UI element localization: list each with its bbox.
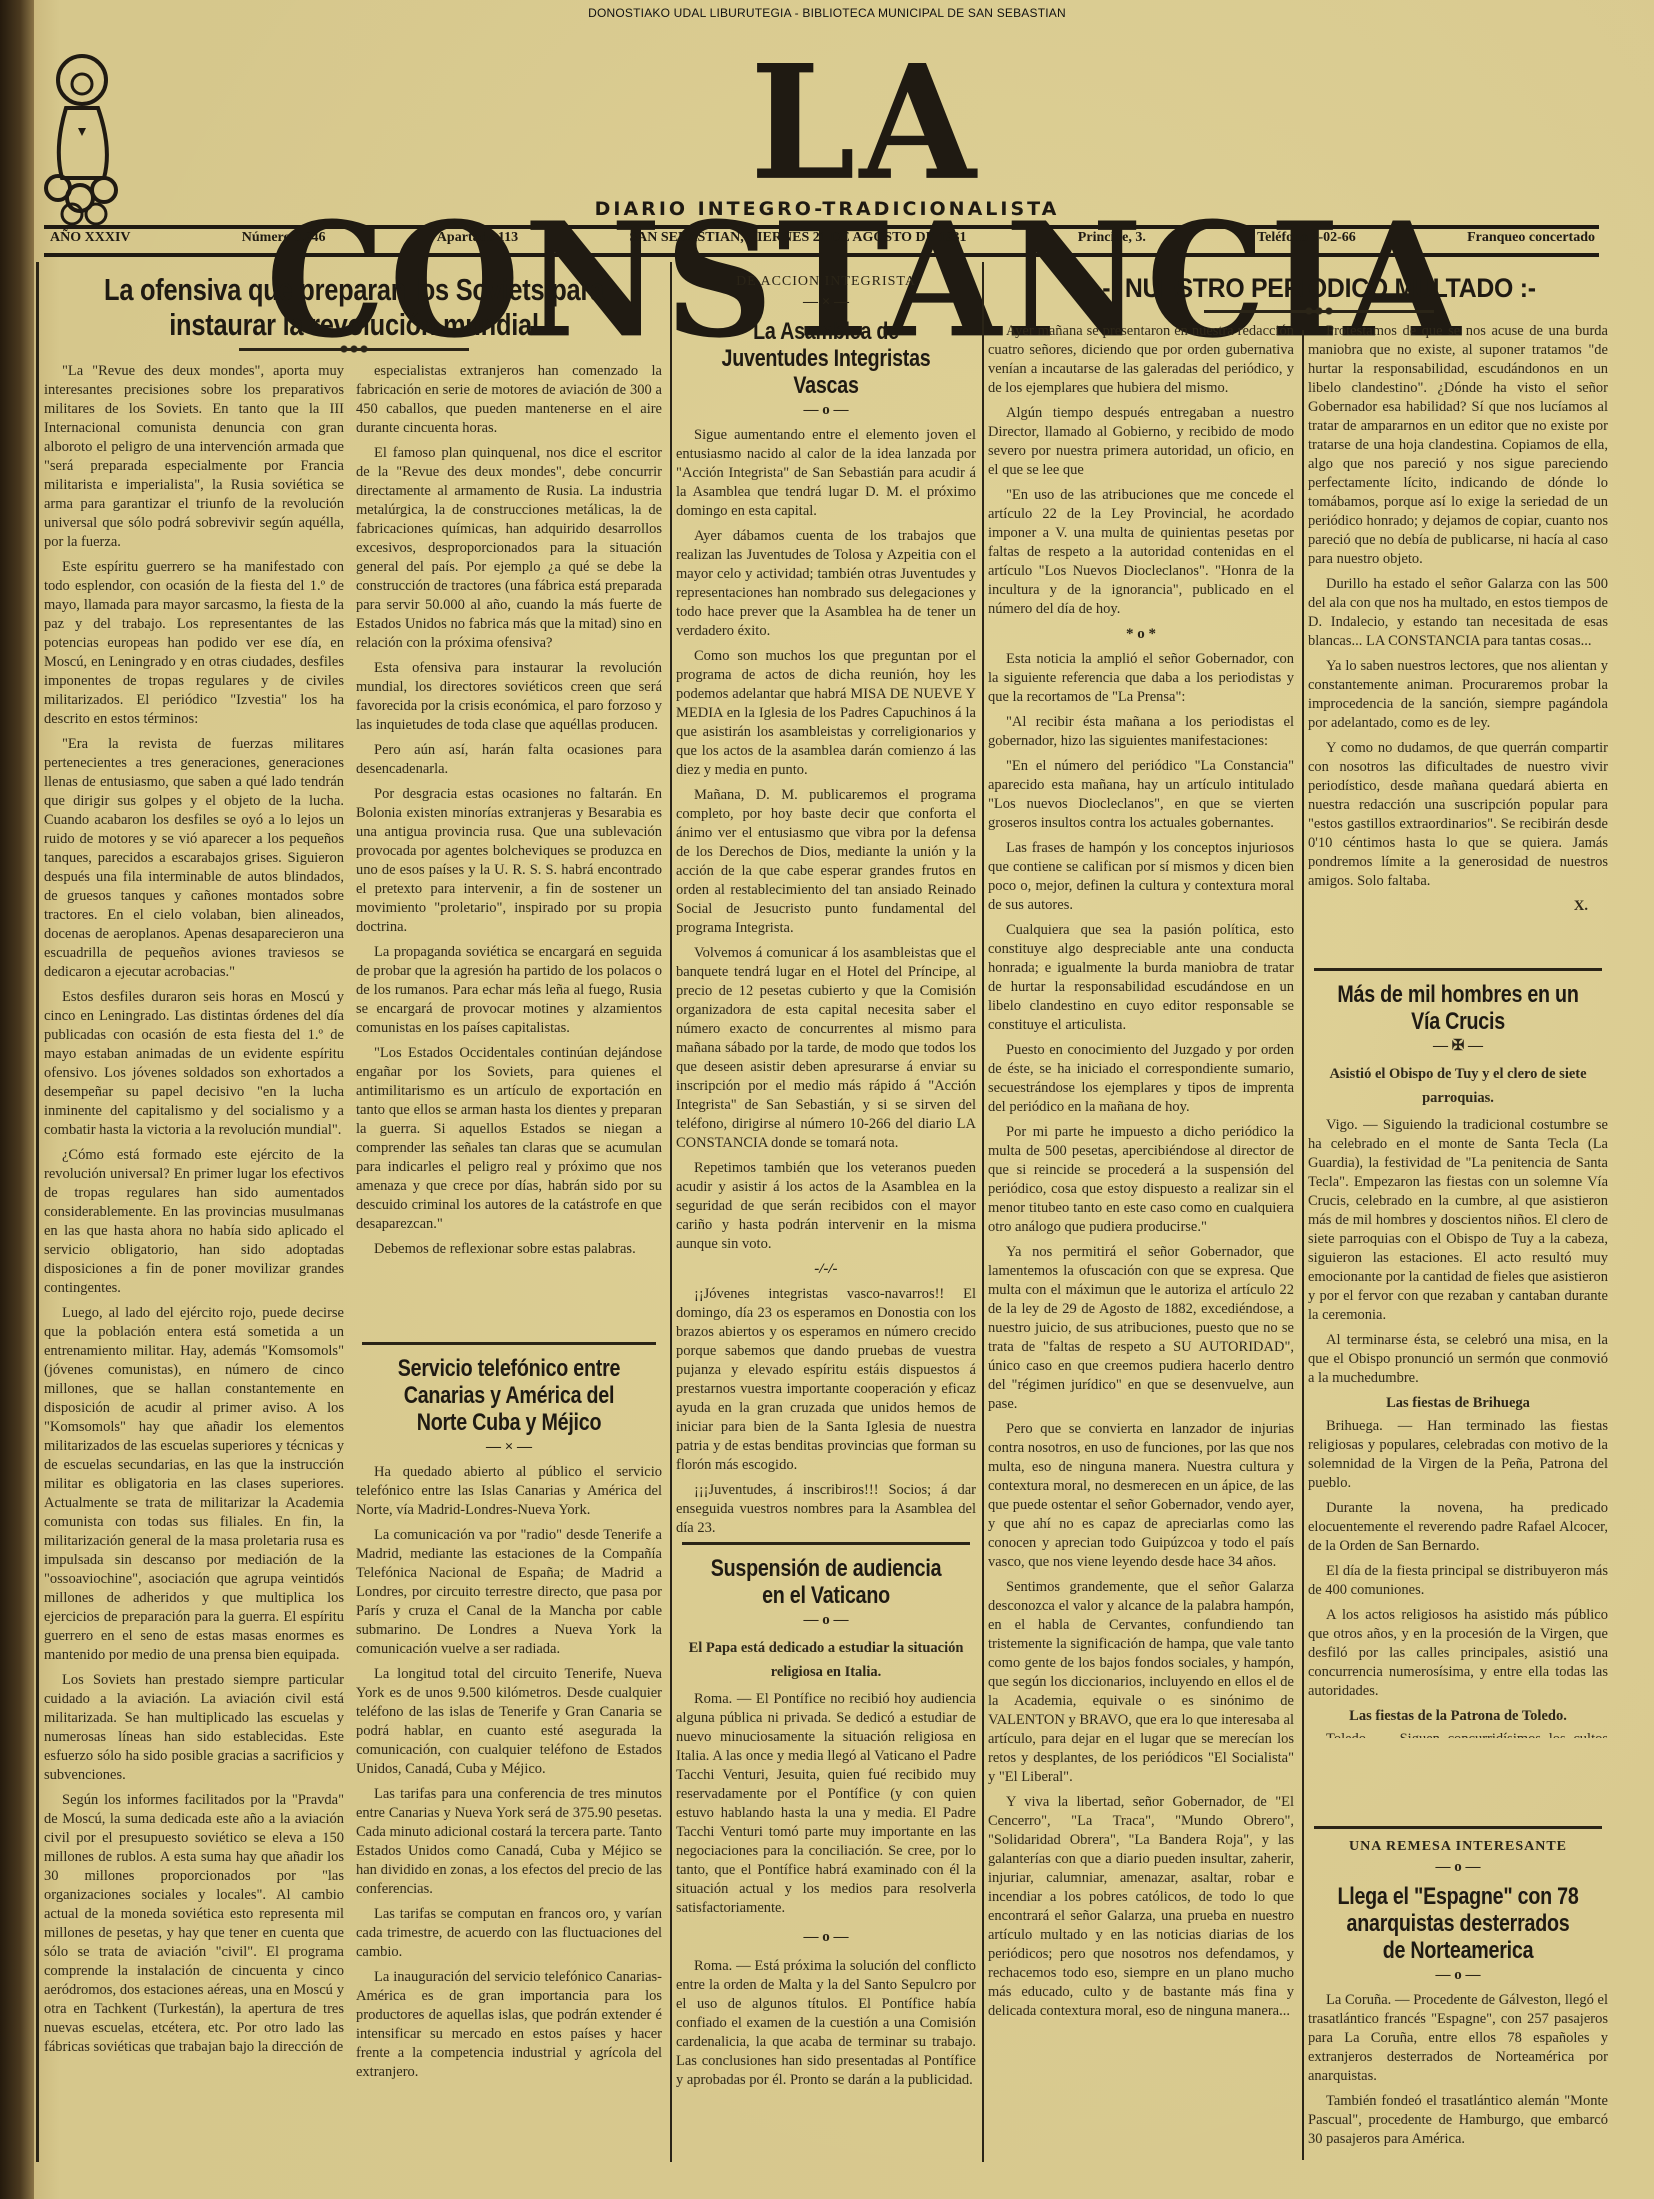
paragraph: "Al recibir ésta mañana a los periodista… bbox=[988, 713, 1294, 751]
newspaper-subtitle: DIARIO INTEGRO-TRADICIONALISTA bbox=[0, 198, 1654, 220]
column-rule bbox=[1302, 330, 1304, 2160]
paragraph: Al terminarse ésta, se celebró una misa,… bbox=[1308, 1331, 1608, 1388]
paragraph: "La "Revue des deux mondes", aporta muy … bbox=[44, 362, 344, 552]
paragraph: La longitud total del circuito Tenerife,… bbox=[356, 1665, 662, 1779]
masthead-info-bar: AÑO XXXIV Número 9.946 Apartado 113 SAN … bbox=[50, 230, 1595, 246]
section-divider bbox=[1314, 1826, 1602, 1829]
paragraph: Durante la novena, ha predicado elocuent… bbox=[1308, 1499, 1608, 1556]
paragraph: Según los informes facilitados por la "P… bbox=[44, 1791, 344, 2057]
paragraph: Pero aún así, harán falta ocasiones para… bbox=[356, 741, 662, 779]
postage: Franqueo concertado bbox=[1467, 230, 1595, 246]
article-vaticano: Suspensión de audiencia en el Vaticano —… bbox=[676, 1542, 976, 2162]
paragraph: El día de la fiesta principal se distrib… bbox=[1308, 1562, 1608, 1600]
paragraph: ¡¡Jóvenes integristas vasco-navarros!! E… bbox=[676, 1285, 976, 1475]
paragraph: Puesto en conocimiento del Juzgado y por… bbox=[988, 1041, 1294, 1117]
paragraph: Toledo. — Siguen concurridísimos los cul… bbox=[1308, 1730, 1608, 1738]
paragraph: Luego, al lado del ejército rojo, puede … bbox=[44, 1304, 344, 1665]
paragraph: Sigue aumentando entre el elemento joven… bbox=[676, 426, 976, 521]
article-telefono: Servicio telefónico entre Canarias y Amé… bbox=[356, 1342, 662, 2162]
headline-asamblea: La Asamblea de Juventudes Integristas Va… bbox=[703, 318, 949, 399]
paragraph: Las tarifas se computan en francos oro, … bbox=[356, 1905, 662, 1962]
kicker-remesa: UNA REMESA INTERESANTE bbox=[1308, 1837, 1608, 1856]
article-multado-col2: Protestamos de que se nos acuse de una b… bbox=[1308, 322, 1608, 962]
paragraph: "Los Estados Occidentales continúan dejá… bbox=[356, 1044, 662, 1234]
ornament-o: — o — bbox=[676, 1928, 976, 1947]
po-box: Apartado 113 bbox=[437, 230, 518, 246]
year-label: AÑO XXXIV bbox=[50, 230, 131, 246]
paragraph: Debemos de reflexionar sobre estas palab… bbox=[356, 1240, 662, 1259]
stars-ornament: * o * bbox=[988, 625, 1294, 644]
paragraph: La propaganda soviética se encargará en … bbox=[356, 943, 662, 1038]
kicker-accion-integrista: DE ACCION INTEGRISTA bbox=[676, 272, 976, 291]
ornament-o: — o — bbox=[676, 401, 976, 420]
binding-spine bbox=[0, 0, 34, 2199]
article-espagne: UNA REMESA INTERESANTE — o — Llega el "E… bbox=[1308, 1826, 1608, 2156]
ornament-cross: — ✠ — bbox=[1308, 1037, 1608, 1056]
ornament-flourish bbox=[239, 348, 469, 351]
headline-espagne: Llega el "Espagne" con 78 anarquistas de… bbox=[1335, 1883, 1581, 1964]
paragraph: ¿Cómo está formado este ejército de la r… bbox=[44, 1146, 344, 1298]
paragraph: A los actos religiosos ha asistido más p… bbox=[1308, 1606, 1608, 1701]
article-soviets-col2: especialistas extranjeros han comenzado … bbox=[356, 362, 662, 1332]
address: Principe, 3. bbox=[1078, 230, 1146, 246]
paragraph: Y viva la libertad, señor Gobernador, de… bbox=[988, 1793, 1294, 2021]
article-soviets-col1: "La "Revue des deux mondes", aporta muy … bbox=[44, 362, 344, 2162]
paragraph: Brihuega. — Han terminado las fiestas re… bbox=[1308, 1417, 1608, 1493]
section-divider bbox=[682, 1542, 970, 1545]
library-credit: DONOSTIAKO UDAL LIBURUTEGIA - BIBLIOTECA… bbox=[0, 6, 1654, 20]
telephone: Teléfono 1-02-66 bbox=[1257, 230, 1356, 246]
paragraph: especialistas extranjeros han comenzado … bbox=[356, 362, 662, 438]
ornament-x: — × — bbox=[356, 1438, 662, 1457]
section-divider bbox=[362, 1342, 656, 1345]
ornament-o: — o — bbox=[1308, 1858, 1608, 1877]
separator: -/-/- bbox=[676, 1260, 976, 1279]
paragraph: Y como no dudamos, de que querrán compar… bbox=[1308, 739, 1608, 891]
headline-multado: -: NUESTRO PERIODICO MULTADO :- bbox=[1014, 272, 1623, 304]
paragraph: Los Soviets han prestado siempre particu… bbox=[44, 1671, 344, 1785]
paragraph: Durillo ha estado el señor Galarza con l… bbox=[1308, 575, 1608, 651]
ornament-o: — o — bbox=[676, 1611, 976, 1630]
paragraph: "Era la revista de fuerzas militares per… bbox=[44, 735, 344, 982]
paragraph: Ayer dábamos cuenta de los trabajos que … bbox=[676, 527, 976, 641]
paragraph: Ya lo saben nuestros lectores, que nos a… bbox=[1308, 657, 1608, 733]
headline-vaticano: Suspensión de audiencia en el Vaticano bbox=[703, 1555, 949, 1609]
dateline: SAN SEBASTIAN, VIERNES 21 DE AGOSTO DE 1… bbox=[629, 230, 966, 246]
paragraph: Este espíritu guerrero se ha manifestado… bbox=[44, 558, 344, 729]
paragraph: Volvemos á comunicar á los asambleistas … bbox=[676, 944, 976, 1153]
deck-via-crucis: Asistió el Obispo de Tuy y el clero de s… bbox=[1308, 1062, 1608, 1110]
paragraph: "En uso de las atribuciones que me conce… bbox=[988, 486, 1294, 619]
paragraph: El famoso plan quinquenal, nos dice el e… bbox=[356, 444, 662, 653]
paragraph: Roma. — Está próxima la solución del con… bbox=[676, 1957, 976, 2090]
subhead-toledo: Las fiestas de la Patrona de Toledo. bbox=[1308, 1707, 1608, 1726]
ornament-flourish bbox=[1204, 310, 1434, 313]
paragraph: Estos desfiles duraron seis horas en Mos… bbox=[44, 988, 344, 1140]
section-divider bbox=[1314, 968, 1602, 971]
paragraph: Protestamos de que se nos acuse de una b… bbox=[1308, 322, 1608, 569]
paragraph: Ha quedado abierto al público el servici… bbox=[356, 1463, 662, 1520]
paragraph: ¡¡¡Juventudes, á inscribiros!!! Socios; … bbox=[676, 1481, 976, 1538]
article-soviets: La ofensiva que preparan los Soviets par… bbox=[42, 272, 666, 363]
paragraph: Mañana, D. M. publicaremos el programa c… bbox=[676, 786, 976, 938]
column-rule bbox=[982, 262, 984, 2162]
headline-soviets: La ofensiva que preparan los Soviets par… bbox=[98, 272, 610, 342]
signature-x: X. bbox=[1308, 897, 1588, 916]
headline-telefono: Servicio telefónico entre Canarias y Amé… bbox=[384, 1355, 635, 1436]
paragraph: Ya nos permitirá el señor Gobernador, qu… bbox=[988, 1243, 1294, 1414]
issue-number: Número 9.946 bbox=[242, 230, 326, 246]
paragraph: Sentimos grandemente, que el señor Galar… bbox=[988, 1578, 1294, 1787]
article-via-crucis: Más de mil hombres en un Vía Crucis — ✠ … bbox=[1308, 968, 1608, 1738]
article-asamblea: DE ACCION INTEGRISTA — × — La Asamblea d… bbox=[676, 272, 976, 1542]
masthead-rule-bottom bbox=[44, 253, 1599, 257]
paragraph: Esta ofensiva para instaurar la revoluci… bbox=[356, 659, 662, 735]
paragraph: Como son muchos los que preguntan por el… bbox=[676, 647, 976, 780]
article-multado-col1: Ayer mañana se presentaron en nuestra re… bbox=[988, 322, 1294, 2162]
paragraph: Esta noticia la amplió el señor Gobernad… bbox=[988, 650, 1294, 707]
paragraph: También fondeó el trasatlántico alemán "… bbox=[1308, 2092, 1608, 2149]
deck-vaticano: El Papa está dedicado a estudiar la situ… bbox=[676, 1636, 976, 1684]
masthead-rule-top bbox=[44, 225, 1599, 229]
paragraph: "En el número del periódico "La Constanc… bbox=[988, 757, 1294, 833]
paragraph: Por mi parte he impuesto a dicho periódi… bbox=[988, 1123, 1294, 1237]
paragraph: Las frases de hampón y los conceptos inj… bbox=[988, 839, 1294, 915]
paragraph: La Coruña. — Procedente de Gálveston, ll… bbox=[1308, 1991, 1608, 2086]
paragraph: Algún tiempo después entregaban a nuestr… bbox=[988, 404, 1294, 480]
paragraph: Ayer mañana se presentaron en nuestra re… bbox=[988, 322, 1294, 398]
ornament-o: — o — bbox=[1308, 1966, 1608, 1985]
paragraph: Repetimos también que los veteranos pued… bbox=[676, 1159, 976, 1254]
paragraph: Pero que se convierta en lanzador de inj… bbox=[988, 1420, 1294, 1572]
paragraph: La inauguración del servicio telefónico … bbox=[356, 1968, 662, 2082]
subhead-brihuega: Las fiestas de Brihuega bbox=[1308, 1394, 1608, 1413]
paragraph: Vigo. — Siguiendo la tradicional costumb… bbox=[1308, 1116, 1608, 1325]
paragraph: Por desgracia estas ocasiones no faltará… bbox=[356, 785, 662, 937]
paragraph: Cualquiera que sea la pasión política, e… bbox=[988, 921, 1294, 1035]
paragraph: Las tarifas para una conferencia de tres… bbox=[356, 1785, 662, 1899]
paragraph: La comunicación va por "radio" desde Ten… bbox=[356, 1526, 662, 1659]
ornament-x: — × — bbox=[676, 293, 976, 312]
column-rule bbox=[670, 262, 672, 2162]
column-rule bbox=[36, 262, 39, 2162]
paragraph: Roma. — El Pontífice no recibió hoy audi… bbox=[676, 1690, 976, 1918]
headline-via-crucis: Más de mil hombres en un Vía Crucis bbox=[1335, 981, 1581, 1035]
article-multado-head: -: NUESTRO PERIODICO MULTADO :- bbox=[988, 272, 1650, 325]
